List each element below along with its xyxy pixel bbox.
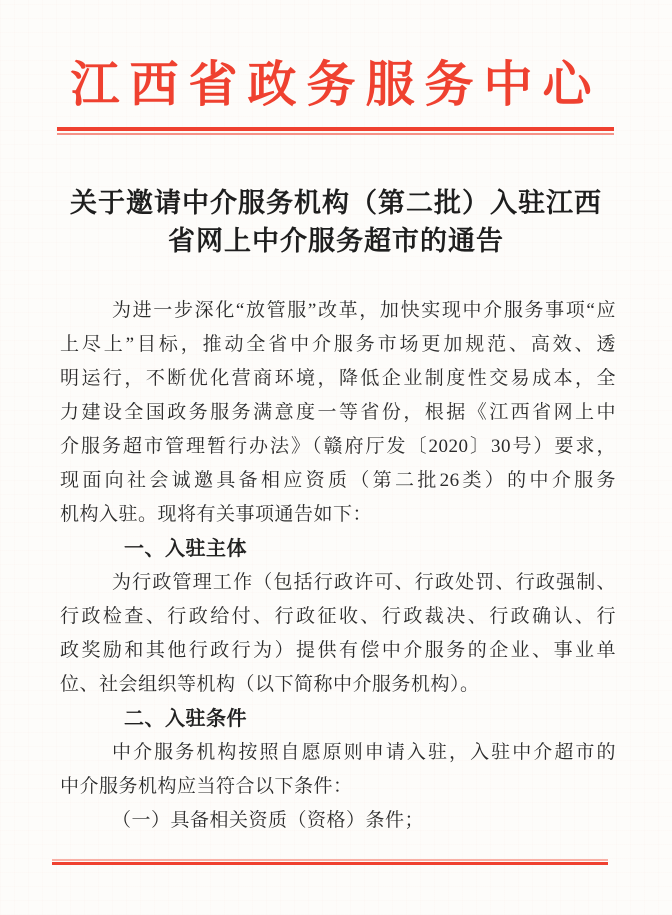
body-line: 机构入驻。现将有关事项通告如下：: [60, 498, 616, 532]
body-line: 政奖励和其他行政行为）提供有偿中介服务的企业、事业单: [60, 634, 616, 668]
document-title: 关于邀请中介服务机构（第二批）入驻江西 省网上中介服务超市的通告: [58, 184, 614, 260]
body-line: （一）具备相关资质（资格）条件；: [60, 804, 616, 838]
letterhead-double-rule: [57, 127, 614, 135]
body-line: 中介服务机构按照自愿原则申请入驻，入驻中介超市的: [60, 736, 616, 770]
document-title-line-1: 关于邀请中介服务机构（第二批）入驻江西: [58, 184, 614, 222]
body-line: 介服务超市管理暂行办法》（赣府厅发〔2020〕30号）要求，: [60, 430, 616, 464]
document-body: 为进一步深化“放管服”改革，加快实现中介服务事项“应 上尽上”目标，推动全省中介…: [60, 294, 616, 838]
body-line: 上尽上”目标，推动全省中介服务市场更加规范、高效、透: [60, 328, 616, 362]
body-line: 位、社会组织等机构（以下简称中介服务机构）。: [60, 668, 616, 702]
body-line: 力建设全国政务服务满意度一等省份，根据《江西省网上中: [60, 396, 616, 430]
body-line: 中介服务机构应当符合以下条件：: [60, 770, 616, 804]
body-line: 现面向社会诚邀具备相应资质（第二批26类）的中介服务: [60, 464, 616, 498]
section-heading-2: 二、入驻条件: [60, 702, 616, 736]
body-line: 为行政管理工作（包括行政许可、行政处罚、行政强制、: [60, 566, 616, 600]
body-line: 明运行，不断优化营商环境，降低企业制度性交易成本，全: [60, 362, 616, 396]
document-page: 江西省政务服务中心 关于邀请中介服务机构（第二批）入驻江西 省网上中介服务超市的…: [0, 0, 672, 915]
body-line: 行政检查、行政给付、行政征收、行政裁决、行政确认、行: [60, 600, 616, 634]
body-line: 为进一步深化“放管服”改革，加快实现中介服务事项“应: [60, 294, 616, 328]
document-title-line-2: 省网上中介服务超市的通告: [58, 222, 614, 260]
footer-double-rule: [52, 859, 608, 865]
section-heading-1: 一、入驻主体: [60, 532, 616, 566]
letterhead-org-name: 江西省政务服务中心: [58, 54, 614, 116]
